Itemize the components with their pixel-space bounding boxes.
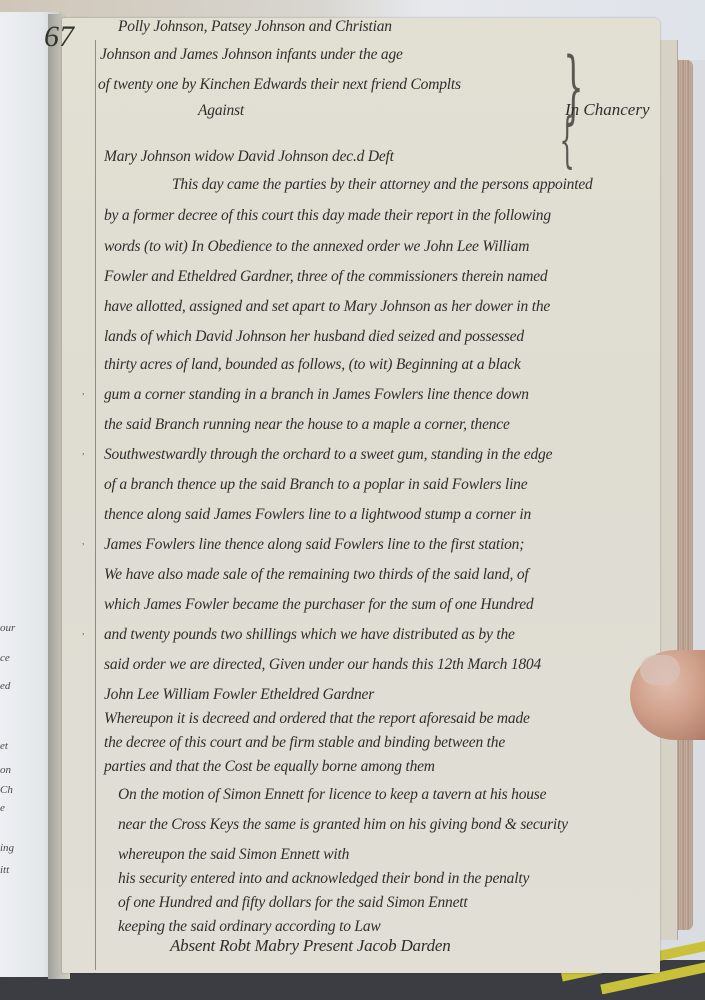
entry-line: gum a corner standing in a branch in Jam… [104,386,529,404]
entry-line: by a former decree of this court this da… [104,207,551,225]
entry-line: On the motion of Simon Ennett for licenc… [118,786,546,804]
attestation-line: Absent Robt Mabry Present Jacob Darden [170,936,451,956]
entry-line: thirty acres of land, bounded as follows… [104,356,521,374]
entry-line: the decree of this court and be firm sta… [104,734,505,752]
facing-page-text: our [0,622,15,634]
entry-line: near the Cross Keys the same is granted … [118,816,568,834]
entry-line: the said Branch running near the house t… [104,416,510,434]
folio-number: 67 [44,20,74,54]
entry-line: his security entered into and acknowledg… [118,870,529,888]
entry-line: We have also made sale of the remaining … [104,566,529,584]
caption-line: of twenty one by Kinchen Edwards their n… [98,76,461,94]
facing-page-text: ce [0,652,10,664]
caption-line: Polly Johnson, Patsey Johnson and Christ… [118,18,392,36]
thumb-nail [640,655,680,685]
facing-page-text: on [0,764,11,776]
entry-line: Fowler and Etheldred Gardner, three of t… [104,268,547,286]
margin-tick: , [82,386,85,397]
caption-against: Against [198,102,244,120]
facing-page-text: itt [0,864,9,876]
entry-line: lands of which David Johnson her husband… [104,328,524,346]
caption-line: Mary Johnson widow David Johnson dec.d D… [104,148,394,166]
entry-line: of a branch thence up the said Branch to… [104,476,527,494]
entry-line: of one Hundred and fifty dollars for the… [118,894,467,912]
margin-tick: , [82,536,85,547]
facing-page-text: et [0,740,8,752]
signature-line: John Lee William Fowler Etheldred Gardne… [104,686,374,704]
entry-line: and twenty pounds two shillings which we… [104,626,515,644]
margin-tick: , [82,626,85,637]
facing-page-text: ed [0,680,10,692]
in-chancery-note: In Chancery [565,100,650,120]
entry-line: Southwestwardly through the orchard to a… [104,446,552,464]
entry-line: James Fowlers line thence along said Fow… [104,536,524,554]
facing-page-text: Ch [0,784,13,796]
entry-line: said order we are directed, Given under … [104,656,541,674]
facing-page-text: ing [0,842,14,854]
entry-line: words (to wit) In Obedience to the annex… [104,238,529,256]
entry-line: parties and that the Cost be equally bor… [104,758,435,776]
entry-line: Whereupon it is decreed and ordered that… [104,710,530,728]
entry-line: which James Fowler became the purchaser … [104,596,533,614]
entry-line: whereupon the said Simon Ennett with [118,846,349,864]
entry-line: This day came the parties by their attor… [172,176,593,194]
caption-line: Johnson and James Johnson infants under … [100,46,403,64]
entry-line: keeping the said ordinary according to L… [118,918,381,936]
entry-line: thence along said James Fowlers line to … [104,506,531,524]
margin-tick: , [82,446,85,457]
entry-line: have allotted, assigned and set apart to… [104,298,550,316]
facing-page-text: e [0,802,5,814]
margin-rule [95,40,96,970]
